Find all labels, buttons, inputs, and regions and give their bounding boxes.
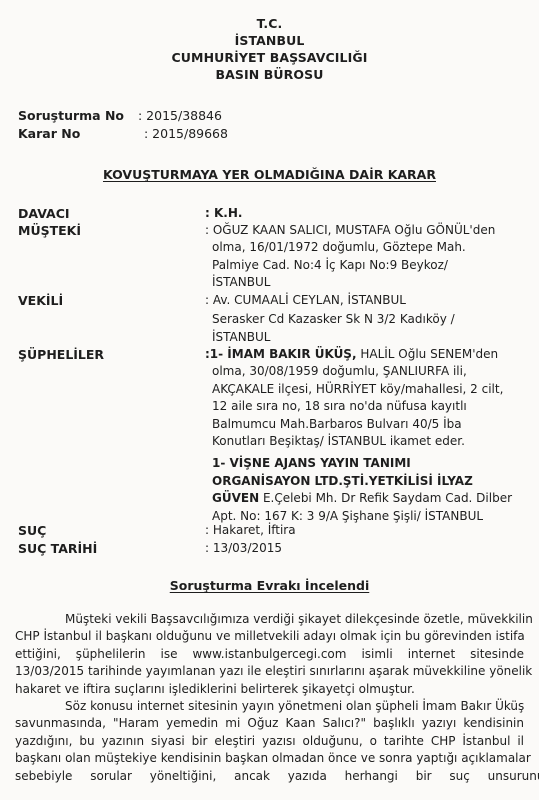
crime-label: SUÇ [18,523,46,538]
header-bureau: BASIN BÜROSU [0,67,539,82]
plaintiff-value: : K.H. [205,205,535,222]
investigation-number: Soruşturma No : 2015/38846 [18,108,222,123]
suspects-label: ŞÜPHELİLER [18,347,104,362]
document-page: T.C. İSTANBUL CUMHURİYET BAŞSAVCILIĞI BA… [0,0,539,800]
complainant-label: MÜŞTEKİ [18,223,81,238]
decision-title: KOVUŞTURMAYA YER OLMADIĞINA DAİR KARAR [0,167,539,182]
complainant-value: : OĞUZ KAAN SALICI, MUSTAFA Oğlu GÖNÜL'd… [205,222,535,292]
paragraph-2: Söz konusu internet sitesinin yayın yöne… [15,698,524,785]
investigation-number-value: : 2015/38846 [138,108,222,123]
plaintiff-label: DAVACI [18,206,70,221]
attorney-label: VEKİLİ [18,293,63,308]
crime-value: : Hakaret, İftira [205,522,535,539]
crime-date-value: : 13/03/2015 [205,540,535,557]
decision-number: Karar No : 2015/89668 [18,126,228,141]
investigation-number-label: Soruşturma No [18,108,134,123]
crime-date-label: SUÇ TARİHİ [18,541,97,556]
suspect-1: :1- İMAM BAKIR ÜKÜŞ, HALİL Oğlu SENEM'de… [205,346,535,363]
section-title: Soruşturma Evrakı İncelendi [0,578,539,593]
decision-title-text: KOVUŞTURMAYA YER OLMADIĞINA DAİR KARAR [103,167,436,182]
paragraph-1: Müşteki vekili Başsavcılığımıza verdiği … [15,611,524,698]
suspects-value: :1- İMAM BAKIR ÜKÜŞ, HALİL Oğlu SENEM'de… [205,346,535,525]
decision-number-label: Karar No [18,126,140,141]
section-title-text: Soruşturma Evrakı İncelendi [170,578,370,593]
header-city: İSTANBUL [0,33,539,48]
attorney-value: : Av. CUMAALİ CEYLAN, İSTANBUL Serasker … [205,292,535,346]
decision-number-value: : 2015/89668 [144,126,228,141]
header-office: CUMHURİYET BAŞSAVCILIĞI [0,50,539,65]
header-tc: T.C. [0,16,539,31]
suspect-2: 1- VİŞNE AJANS YAYIN TANIMI [205,455,535,472]
